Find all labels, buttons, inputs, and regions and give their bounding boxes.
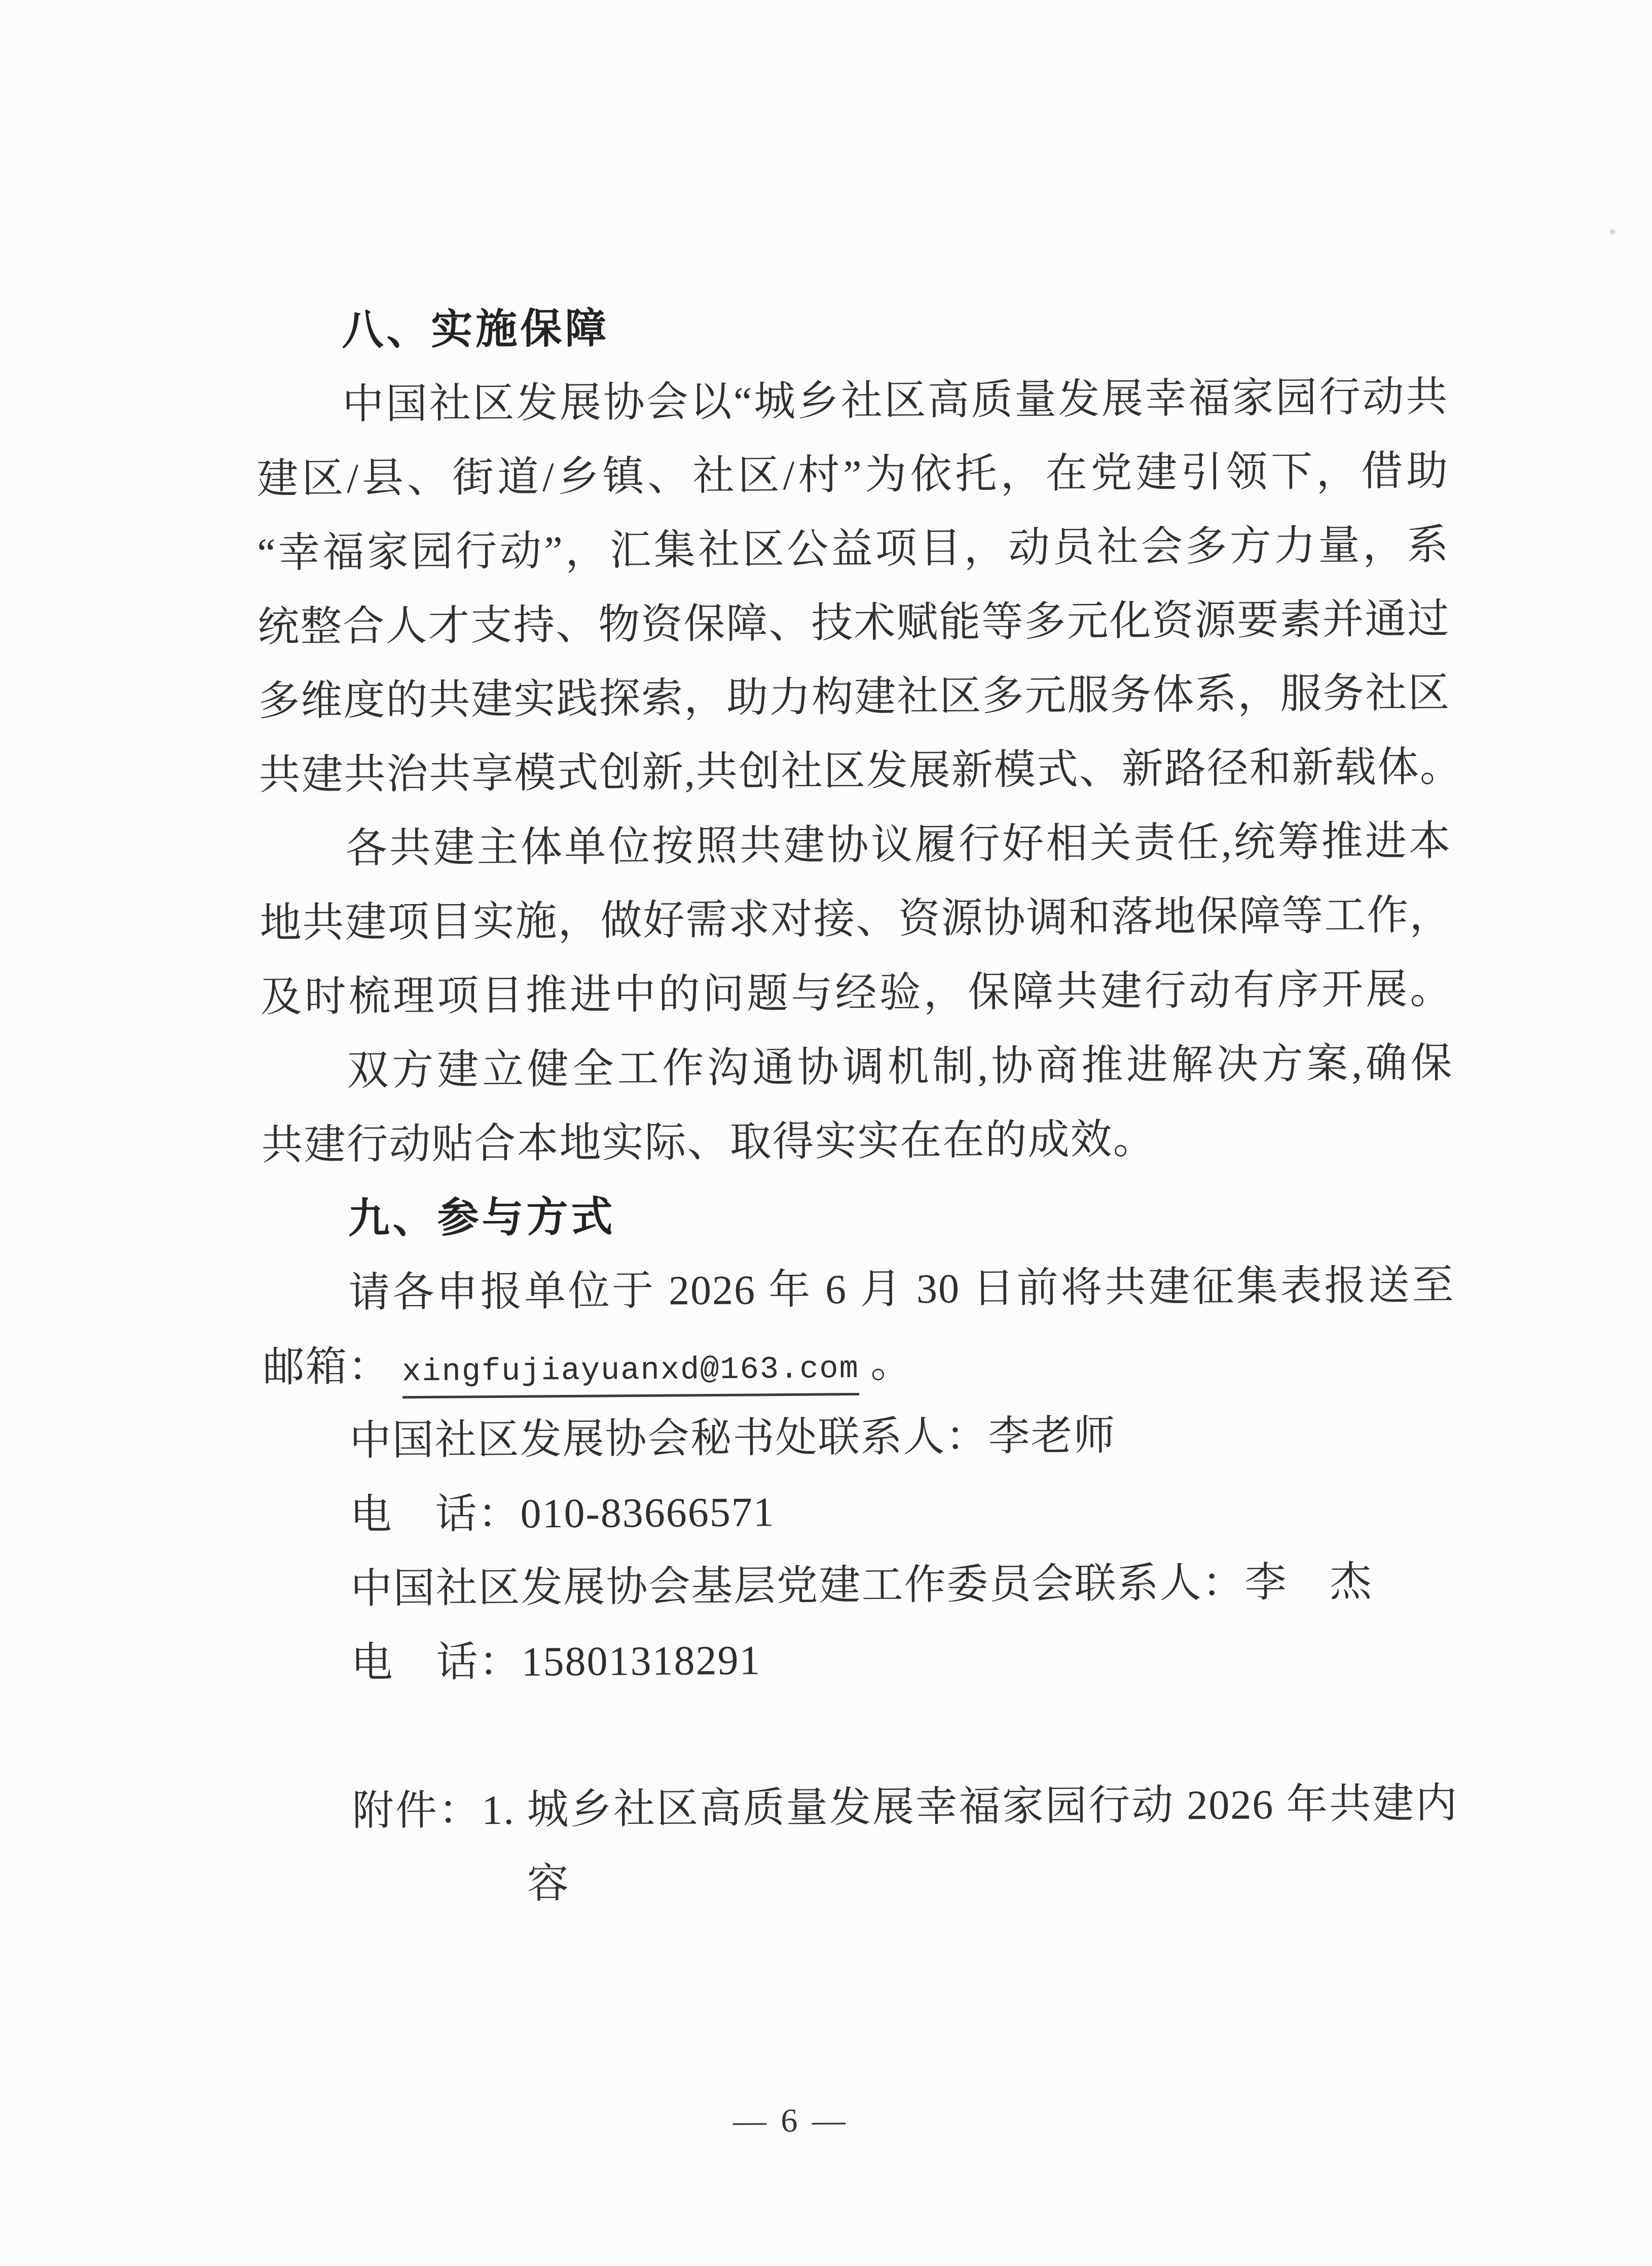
paragraph-line: 及时梳理项目推进中的问题与经验，保障共建行动有序开展。 [260,952,1453,1034]
paragraph-line: 建区/县、街道/乡镇、社区/村”为依托，在党建引领下，借助 [256,434,1449,516]
phone-secretariat-line: 电 话：010-83666571 [264,1470,1456,1553]
attachment-line-continuation: 容 [266,1841,1459,1923]
paragraph-line: 各共建主体单位按照共建协议履行好相关责任,统筹推进本 [259,804,1452,886]
section-8-heading: 八、实施保障 [255,286,1448,368]
scan-speckle [1610,229,1615,234]
attachment-line: 附件：1. 城乡社区高质量发展幸福家园行动 2026 年共建内 [266,1767,1458,1849]
paragraph-line: 多维度的共建实践探索，助力构建社区多元服务体系，服务社区 [258,656,1451,738]
paragraph-line: 共建共治共享模式创新,共创社区发展新模式、新路径和新载体。 [259,730,1451,812]
paragraph-line: 双方建立健全工作沟通协调机制,协商推进解决方案,确保 [261,1026,1453,1108]
email-line: 邮箱： xingfujiayuanxd@163.com 。 [263,1322,1455,1405]
contact-secretariat-line: 中国社区发展协会秘书处联系人：李老师 [263,1396,1456,1479]
paragraph-line: “幸福家园行动”，汇集社区公益项目，动员社会多方力量，系 [257,508,1450,590]
email-label: 邮箱： [263,1343,391,1390]
phone-party-committee-line: 电 话：15801318291 [265,1618,1457,1701]
email-link[interactable]: xingfujiayuanxd@163.com [402,1351,859,1398]
paragraph-line: 统整合人才支持、物资保障、技术赋能等多元化资源要素并通过 [258,582,1450,664]
section-9-heading: 九、参与方式 [262,1174,1454,1256]
blank-line [265,1693,1458,1775]
document-body: 八、实施保障 中国社区发展协会以“城乡社区高质量发展幸福家园行动共 建区/县、街… [255,286,1459,1923]
scanned-document-page: 八、实施保障 中国社区发展协会以“城乡社区高质量发展幸福家园行动共 建区/县、街… [0,0,1652,2266]
email-line-period: 。 [870,1340,913,1386]
page-number: — 6 — [689,2093,893,2149]
contact-party-committee-line: 中国社区发展协会基层党建工作委员会联系人：李 杰 [264,1544,1457,1627]
paragraph-line: 地共建项目实施，做好需求对接、资源协调和落地保障等工作， [260,878,1452,960]
paragraph-line: 请各申报单位于 2026 年 6 月 30 日前将共建征集表报送至 [262,1248,1455,1330]
paragraph-line: 中国社区发展协会以“城乡社区高质量发展幸福家园行动共 [256,360,1449,442]
paragraph-line: 共建行动贴合本地实际、取得实实在在的成效。 [261,1100,1454,1182]
